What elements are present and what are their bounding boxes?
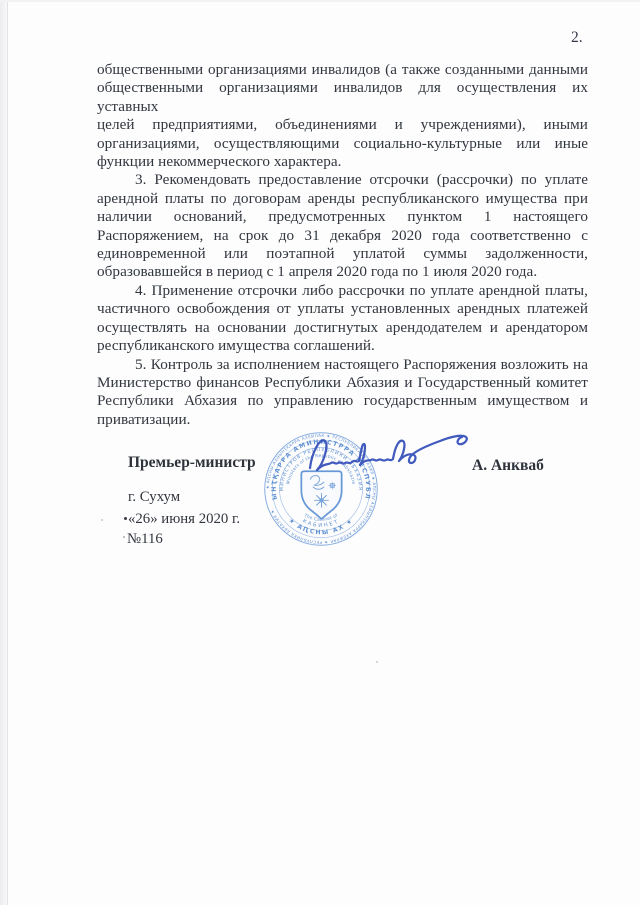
body-line: арендной платы по договорам аренды респу… [97, 190, 588, 208]
ink-dot [124, 517, 127, 520]
signer-title: Премьер-министр [128, 454, 256, 472]
document-page: 2. общественными организациями инвалидов… [0, 0, 640, 905]
scan-speck [376, 661, 378, 663]
body-line: осуществлять на основании достигнутых ар… [97, 319, 588, 337]
body-line: организациями, осуществляющими социально… [97, 135, 588, 153]
page-number: 2. [571, 29, 583, 47]
body-line: образовавшейся в период с 1 апреля 2020 … [97, 263, 588, 281]
body-line: функции некоммерческого характера. [97, 153, 588, 171]
document-body: общественными организациями инвалидов (а… [97, 61, 588, 429]
signer-name: А. Анкваб [472, 457, 544, 475]
ink-dot [123, 536, 125, 538]
body-line: Министерство финансов Республики Абхазия… [97, 374, 588, 392]
date-line: «26» июня 2020 г. [128, 511, 240, 528]
body-line: 3. Рекомендовать предоставление отсрочки… [97, 171, 588, 189]
body-line: единовременной или поэтапной уплатой сум… [97, 245, 588, 263]
body-line: 5. Контроль за исполнением настоящего Ра… [97, 356, 588, 374]
body-line: приватизации. [97, 411, 588, 429]
body-line: общественными организациями инвалидов (а… [97, 61, 588, 79]
ink-dot [101, 519, 103, 521]
paragraph-3: 3. Рекомендовать предоставление отсрочки… [97, 171, 588, 281]
body-line: наличии оснований, предусмотренных пункт… [97, 208, 588, 226]
body-line: Республики Абхазия по управлению государ… [97, 392, 588, 410]
body-line: частичного освобождения от уплаты устано… [97, 300, 588, 318]
place-line: г. Сухум [128, 489, 180, 506]
signature-stroke [310, 436, 467, 470]
body-line: целей предприятиями, объединениями и учр… [97, 116, 588, 134]
paragraph-4: 4. Применение отсрочки либо рассрочки по… [97, 282, 588, 356]
coat-of-arms-shield-icon [301, 471, 341, 519]
body-line: Распоряжением, на срок до 31 декабря 202… [97, 227, 588, 245]
document-number: №116 [127, 531, 163, 548]
paragraph-5: 5. Контроль за исполнением настоящего Ра… [97, 356, 588, 430]
body-line: республиканского имущества соглашений. [97, 337, 588, 355]
scan-edge-left [0, 0, 8, 905]
paragraph-continuation: общественными организациями инвалидов (а… [97, 61, 588, 171]
body-line: общественными организациями инвалидов дл… [97, 79, 588, 116]
scan-edge-top [0, 0, 640, 2]
signature-ink [303, 432, 473, 478]
body-line: 4. Применение отсрочки либо рассрочки по… [97, 282, 588, 300]
